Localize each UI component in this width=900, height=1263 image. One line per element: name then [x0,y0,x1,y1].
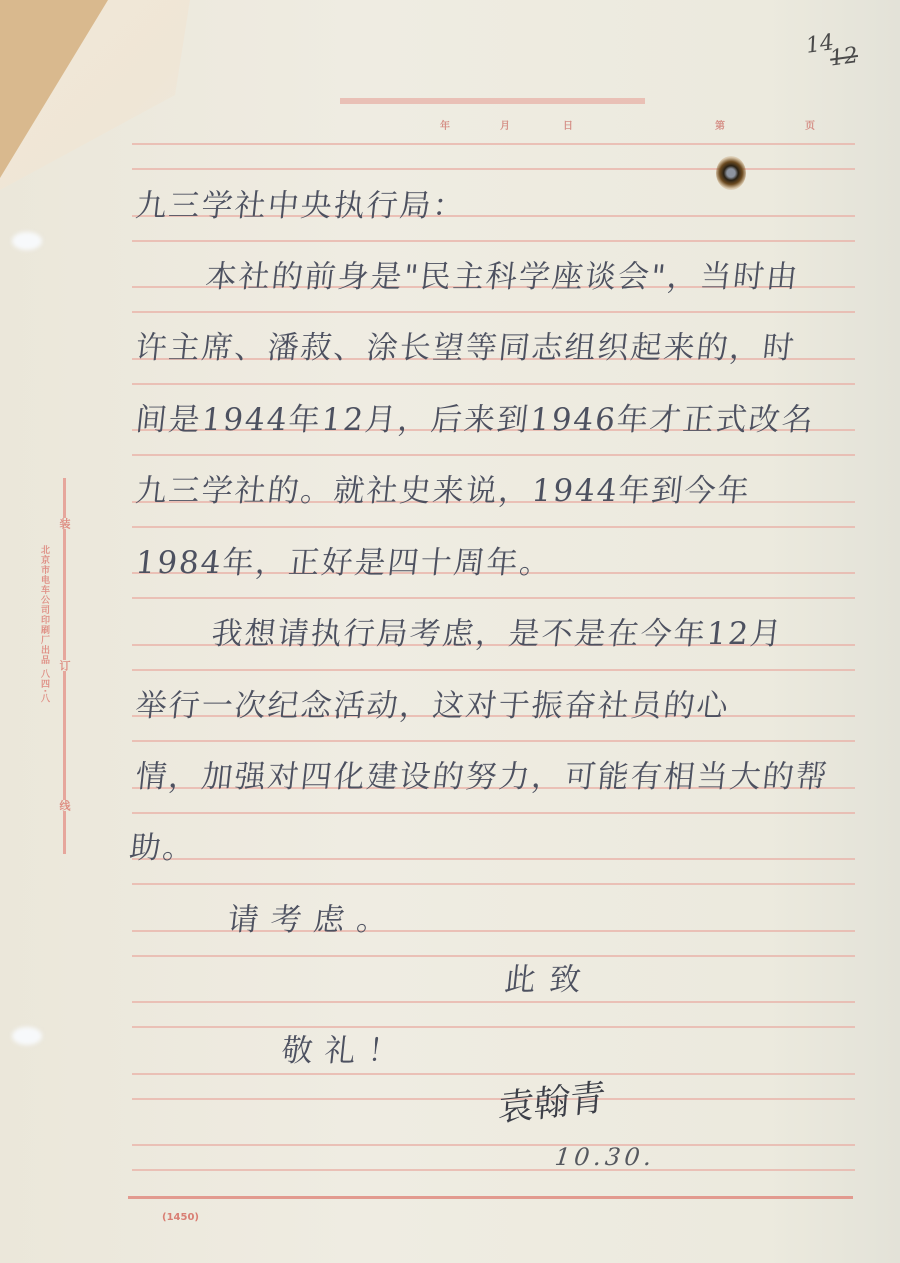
punch-hole-bottom [12,1027,42,1045]
bottom-rule [128,1196,853,1199]
page-number-annotation: 14 12 [804,30,835,59]
letterhead-date-fields: 年 月 日 第 页 [0,117,900,131]
rule-line [132,597,855,599]
rule-line [132,1169,855,1171]
day-label: 日 [563,117,573,132]
signature: 袁翰青 [496,1069,607,1132]
body-line-1: 本社的前身是"民主科学座谈会"，当时由 [204,251,802,296]
struck-page-number: 12 [828,43,859,72]
closing-jing-li: 敬礼！ [280,1025,414,1070]
rule-line [132,1098,855,1100]
letter-paper: 14 12 年 月 日 第 页 九三学社中央执行局： 本社的前身是"民主科学座谈… [0,0,900,1263]
rule-line [132,143,855,145]
binding-mark-xian: 线 [56,800,72,811]
salutation: 九三学社中央执行局： [134,180,469,225]
rule-line [132,740,855,742]
page-suffix-label: 页 [805,117,815,132]
rule-line [132,669,855,671]
rule-line [132,240,855,242]
body-line-4: 九三学社的。就社史来说，1944年到今年 [134,465,754,510]
form-code: (1450) [162,1212,199,1223]
rule-line [132,1026,855,1028]
rule-line [132,383,855,385]
rule-line [132,454,855,456]
rule-line [132,1144,855,1146]
rule-line [132,1001,855,1003]
binding-mark-ding: 订 [56,660,72,671]
burn-mark [716,156,746,190]
rule-line [132,955,855,957]
body-line-7: 举行一次纪念活动，这对于振奋社员的心 [134,680,733,725]
rule-line [132,1073,855,1075]
printer-imprint: 北京市电车公司印刷厂出品 八四·八 [38,545,51,704]
rule-line [132,858,855,860]
body-line-5: 1984年，正好是四十周年。 [134,537,556,582]
year-label: 年 [440,117,450,132]
closing-ci-zhi: 此致 [503,954,598,999]
body-line-9: 助。 [128,822,199,867]
body-line-8: 情，加强对四化建设的努力，可能有相当大的帮 [134,751,832,796]
rule-line [132,311,855,313]
body-line-3: 间是1944年12月，后来到1946年才正式改名 [134,394,818,439]
body-line-2: 许主席、潘菽、涂长望等同志组织起来的，时 [134,322,799,367]
body-line-6: 我想请执行局考虑，是不是在今年12月 [210,608,786,653]
rule-line [132,526,855,528]
closing-request: 请考虑。 [226,894,403,939]
signature-date: 10.30. [554,1143,657,1171]
page-prefix-label: 第 [715,117,725,132]
punch-hole-top [12,232,42,250]
month-label: 月 [500,117,510,132]
header-bar [340,98,645,104]
rule-line [132,168,855,170]
rule-line [132,883,855,885]
binding-mark-zhuang: 装 [56,518,72,529]
rule-line [132,812,855,814]
